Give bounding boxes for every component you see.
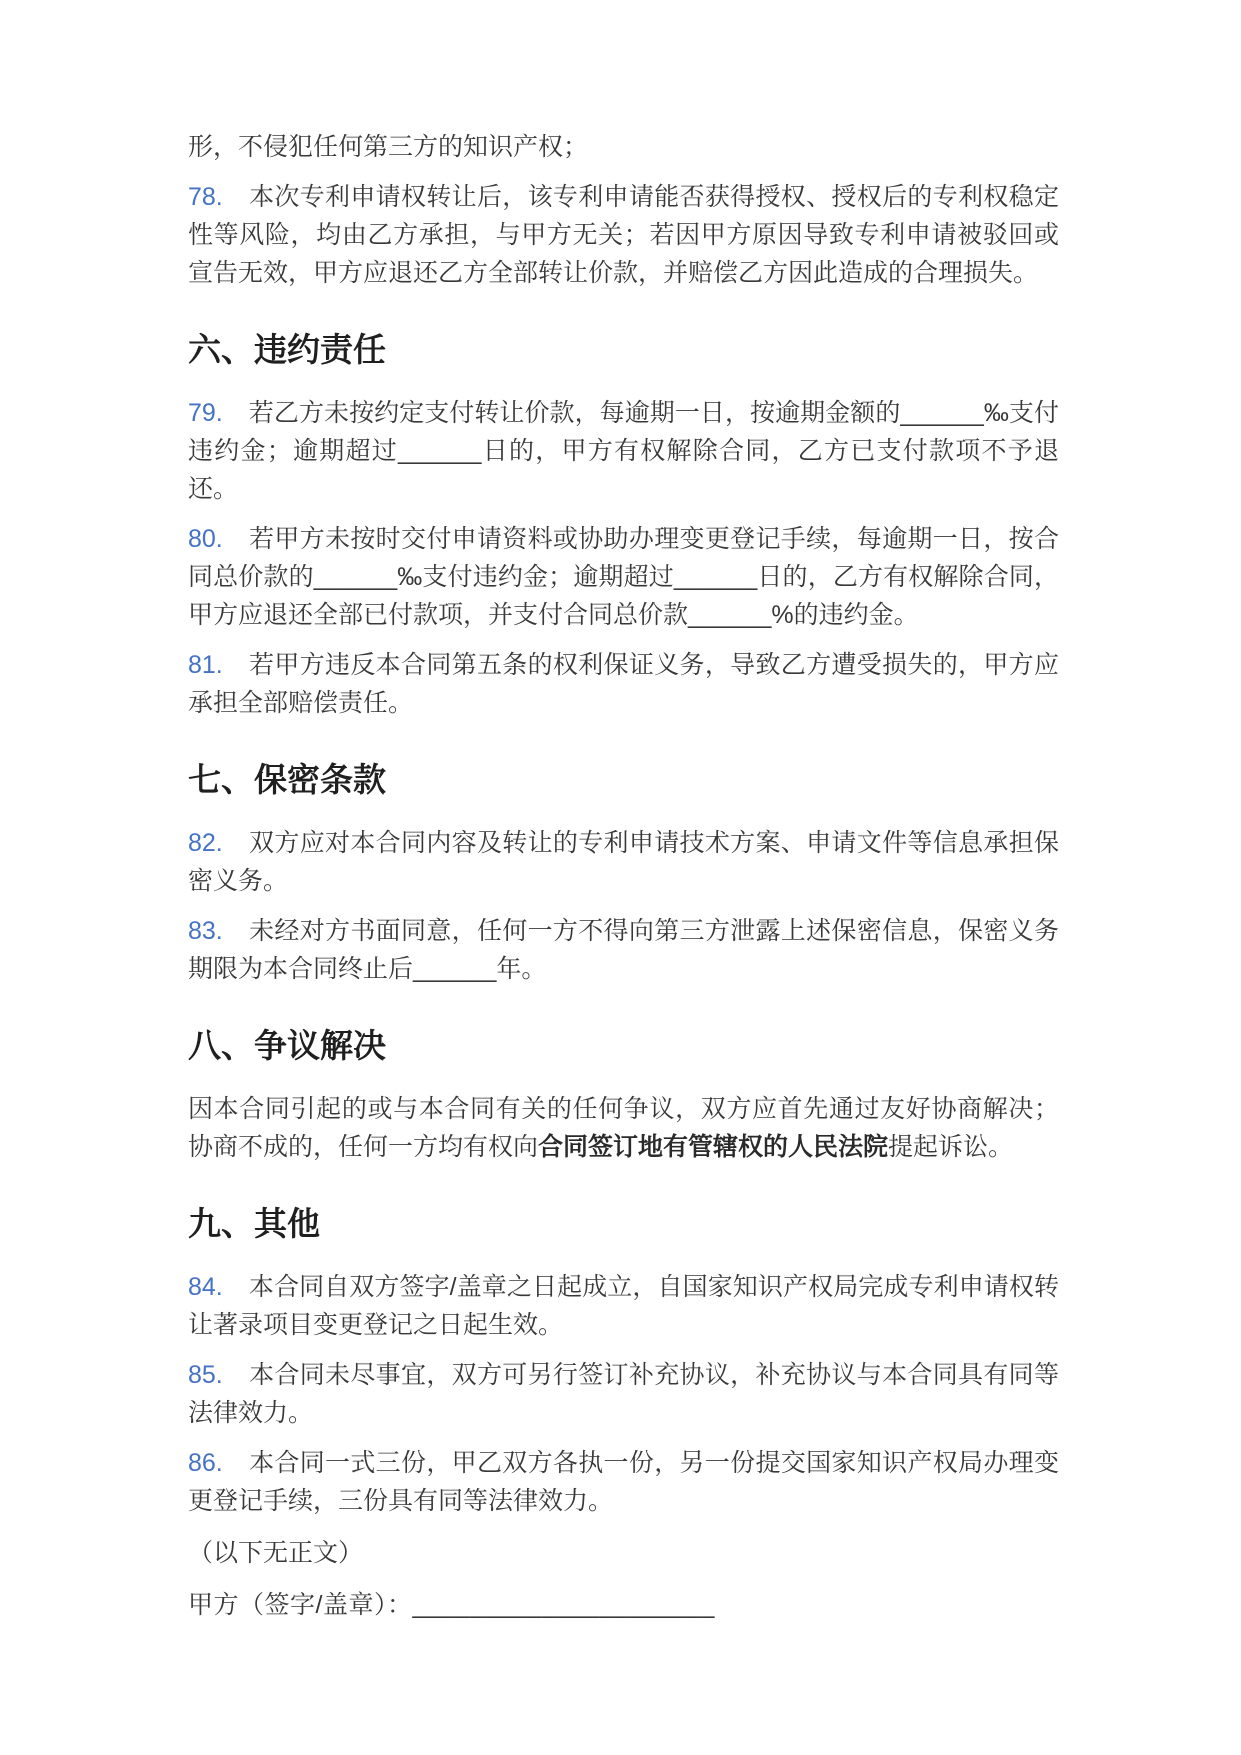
dispute-resolution-paragraph: 因本合同引起的或与本合同有关的任何争议，双方应首先通过友好协商解决；协商不成的，… xyxy=(188,1090,1059,1166)
clause-number: 79. xyxy=(188,399,223,427)
party-a-signature-label: 甲方（签字/盖章）： xyxy=(188,1591,412,1619)
clause-83: 83.未经对方书面同意，任何一方不得向第三方泄露上述保密信息，保密义务期限为本合… xyxy=(188,912,1059,988)
clause-number: 86. xyxy=(188,1449,223,1477)
clause-number: 84. xyxy=(188,1273,223,1301)
clause-text: 本合同自双方签字/盖章之日起成立，自国家知识产权局完成专利申请权转让著录项目变更… xyxy=(188,1273,1059,1339)
clause-number: 81. xyxy=(188,651,223,679)
section-heading-breach-liability: 六、违约责任 xyxy=(188,328,1059,372)
clause-82: 82.双方应对本合同内容及转让的专利申请技术方案、申请文件等信息承担保密义务。 xyxy=(188,824,1059,900)
clause-text: 本合同未尽事宜，双方可另行签订补充协议，补充协议与本合同具有同等法律效力。 xyxy=(188,1361,1059,1427)
clause-text: 本合同一式三份，甲乙双方各执一份，另一份提交国家知识产权局办理变更登记手续，三份… xyxy=(188,1449,1059,1515)
party-a-signature-blank-line: _____________________ xyxy=(412,1591,714,1619)
clause-80: 80.若甲方未按时交付申请资料或协助办理变更登记手续，每逾期一日，按合同总价款的… xyxy=(188,520,1059,634)
section-heading-confidentiality: 七、保密条款 xyxy=(188,758,1059,802)
clause-text: 本次专利申请权转让后，该专利申请能否获得授权、授权后的专利权稳定性等风险，均由乙… xyxy=(188,183,1059,287)
clause-84: 84.本合同自双方签字/盖章之日起成立，自国家知识产权局完成专利申请权转让著录项… xyxy=(188,1268,1059,1344)
clause-text: 若甲方未按时交付申请资料或协助办理变更登记手续，每逾期一日，按合同总价款的___… xyxy=(188,525,1059,629)
clause-text: 若甲方违反本合同第五条的权利保证义务，导致乙方遭受损失的，甲方应承担全部赔偿责任… xyxy=(188,651,1059,717)
party-a-signature-row: 甲方（签字/盖章）：_____________________ xyxy=(188,1586,1059,1624)
clause-86: 86.本合同一式三份，甲乙双方各执一份，另一份提交国家知识产权局办理变更登记手续… xyxy=(188,1444,1059,1520)
clause-text: 若乙方未按约定支付转让价款，每逾期一日，按逾期金额的______‰支付违约金；逾… xyxy=(188,399,1059,503)
clause-79: 79.若乙方未按约定支付转让价款，每逾期一日，按逾期金额的______‰支付违约… xyxy=(188,394,1059,508)
clause-number: 78. xyxy=(188,183,223,211)
clause-number: 83. xyxy=(188,917,223,945)
clause-text: 未经对方书面同意，任何一方不得向第三方泄露上述保密信息，保密义务期限为本合同终止… xyxy=(188,917,1059,983)
dispute-court-bold-text: 合同签订地有管辖权的人民法院 xyxy=(538,1133,888,1161)
section-heading-dispute-resolution: 八、争议解决 xyxy=(188,1024,1059,1068)
dispute-text-after: 提起诉讼。 xyxy=(888,1133,1013,1161)
clause-85: 85.本合同未尽事宜，双方可另行签订补充协议，补充协议与本合同具有同等法律效力。 xyxy=(188,1356,1059,1432)
document-page: 形，不侵犯任何第三方的知识产权； 78.本次专利申请权转让后，该专利申请能否获得… xyxy=(0,0,1241,1755)
clause-78: 78.本次专利申请权转让后，该专利申请能否获得授权、授权后的专利权稳定性等风险，… xyxy=(188,178,1059,292)
clause-81: 81.若甲方违反本合同第五条的权利保证义务，导致乙方遭受损失的，甲方应承担全部赔… xyxy=(188,646,1059,722)
clause-number: 80. xyxy=(188,525,223,553)
section-heading-miscellaneous: 九、其他 xyxy=(188,1202,1059,1246)
clause-number: 82. xyxy=(188,829,223,857)
clause-text: 双方应对本合同内容及转让的专利申请技术方案、申请文件等信息承担保密义务。 xyxy=(188,829,1059,895)
paragraph-continuation: 形，不侵犯任何第三方的知识产权； xyxy=(188,128,1059,166)
no-body-text-note: （以下无正文） xyxy=(188,1534,1059,1572)
clause-number: 85. xyxy=(188,1361,223,1389)
